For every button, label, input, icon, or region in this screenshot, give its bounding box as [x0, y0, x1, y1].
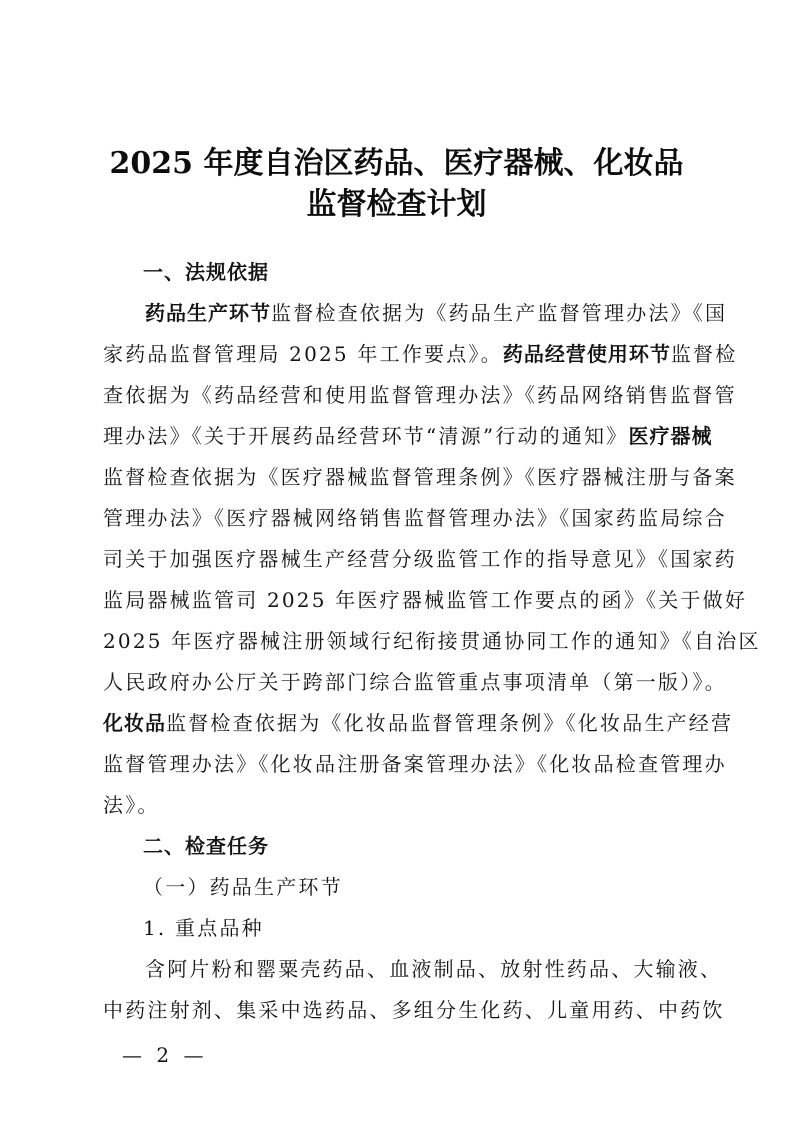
line-text: 监督检查依据为《化妆品监督管理条例》《化妆品生产经营 [166, 711, 733, 735]
bold-term-medical-devices: 医疗器械 [628, 424, 712, 448]
line-text: 监督检查依据为《药品生产监督管理办法》《国 [271, 301, 727, 325]
paragraph-line: 中药注射剂、集采中选药品、多组分生化药、儿童用药、中药饮 [103, 997, 693, 1023]
paragraph-line: 含阿片粉和罂粟壳药品、血液制品、放射性药品、大输液、 [145, 956, 693, 982]
paragraph-line: 管理办法》《医疗器械网络销售监督管理办法》《国家药监局综合 [103, 505, 693, 531]
paragraph-line: 监督管理办法》《化妆品注册备案管理办法》《化妆品检查管理办 [103, 751, 693, 777]
document-page: 2025 年度自治区药品、医疗器械、化妆品 监督检查计划 一、法规依据 药品生产… [0, 0, 793, 1122]
bold-term-drug-distribution: 药品经营使用环节 [503, 342, 671, 366]
paragraph-line: 司关于加强医疗器械生产经营分级监管工作的指导意见》《国家药 [103, 546, 693, 572]
line-text: 家药品监督管理局 2025 年工作要点》。 [103, 342, 503, 366]
section-heading-inspection-tasks: 二、检查任务 [143, 833, 733, 859]
paragraph-line: 理办法》《关于开展药品经营环节“清源”行动的通知》医疗器械 [103, 423, 693, 449]
line-text: 监督检 [671, 342, 738, 366]
paragraph-line: 药品生产环节监督检查依据为《药品生产监督管理办法》《国 [145, 300, 693, 326]
page-number: — 2 — [122, 1043, 207, 1067]
bold-term-drug-production: 药品生产环节 [145, 301, 271, 325]
paragraph-line: 查依据为《药品经营和使用监督管理办法》《药品网络销售监督管 [103, 382, 693, 408]
paragraph-line: 人民政府办公厅关于跨部门综合监管重点事项清单（第一版）》。 [103, 669, 693, 695]
paragraph-line: 监局器械监管司 2025 年医疗器械监管工作要点的函》《关于做好 [103, 587, 693, 613]
paragraph-line: 法》。 [103, 792, 693, 818]
subsection-heading-drug-production: （一）药品生产环节 [143, 874, 733, 900]
paragraph-line: 家药品监督管理局 2025 年工作要点》。药品经营使用环节监督检 [103, 341, 693, 367]
document-title-line-2: 监督检查计划 [0, 179, 793, 223]
list-item-key-varieties: 1. 重点品种 [143, 915, 733, 941]
paragraph-line: 化妆品监督检查依据为《化妆品监督管理条例》《化妆品生产经营 [103, 710, 693, 736]
bold-term-cosmetics: 化妆品 [103, 711, 166, 735]
document-title-line-1: 2025 年度自治区药品、医疗器械、化妆品 [0, 138, 793, 182]
paragraph-line: 监督检查依据为《医疗器械监督管理条例》《医疗器械注册与备案 [103, 464, 693, 490]
line-text: 理办法》《关于开展药品经营环节“清源”行动的通知》 [103, 424, 628, 448]
paragraph-line: 2025 年医疗器械注册领域行纪衔接贯通协同工作的通知》《自治区 [103, 628, 693, 654]
section-heading-legal-basis: 一、法规依据 [143, 259, 733, 285]
